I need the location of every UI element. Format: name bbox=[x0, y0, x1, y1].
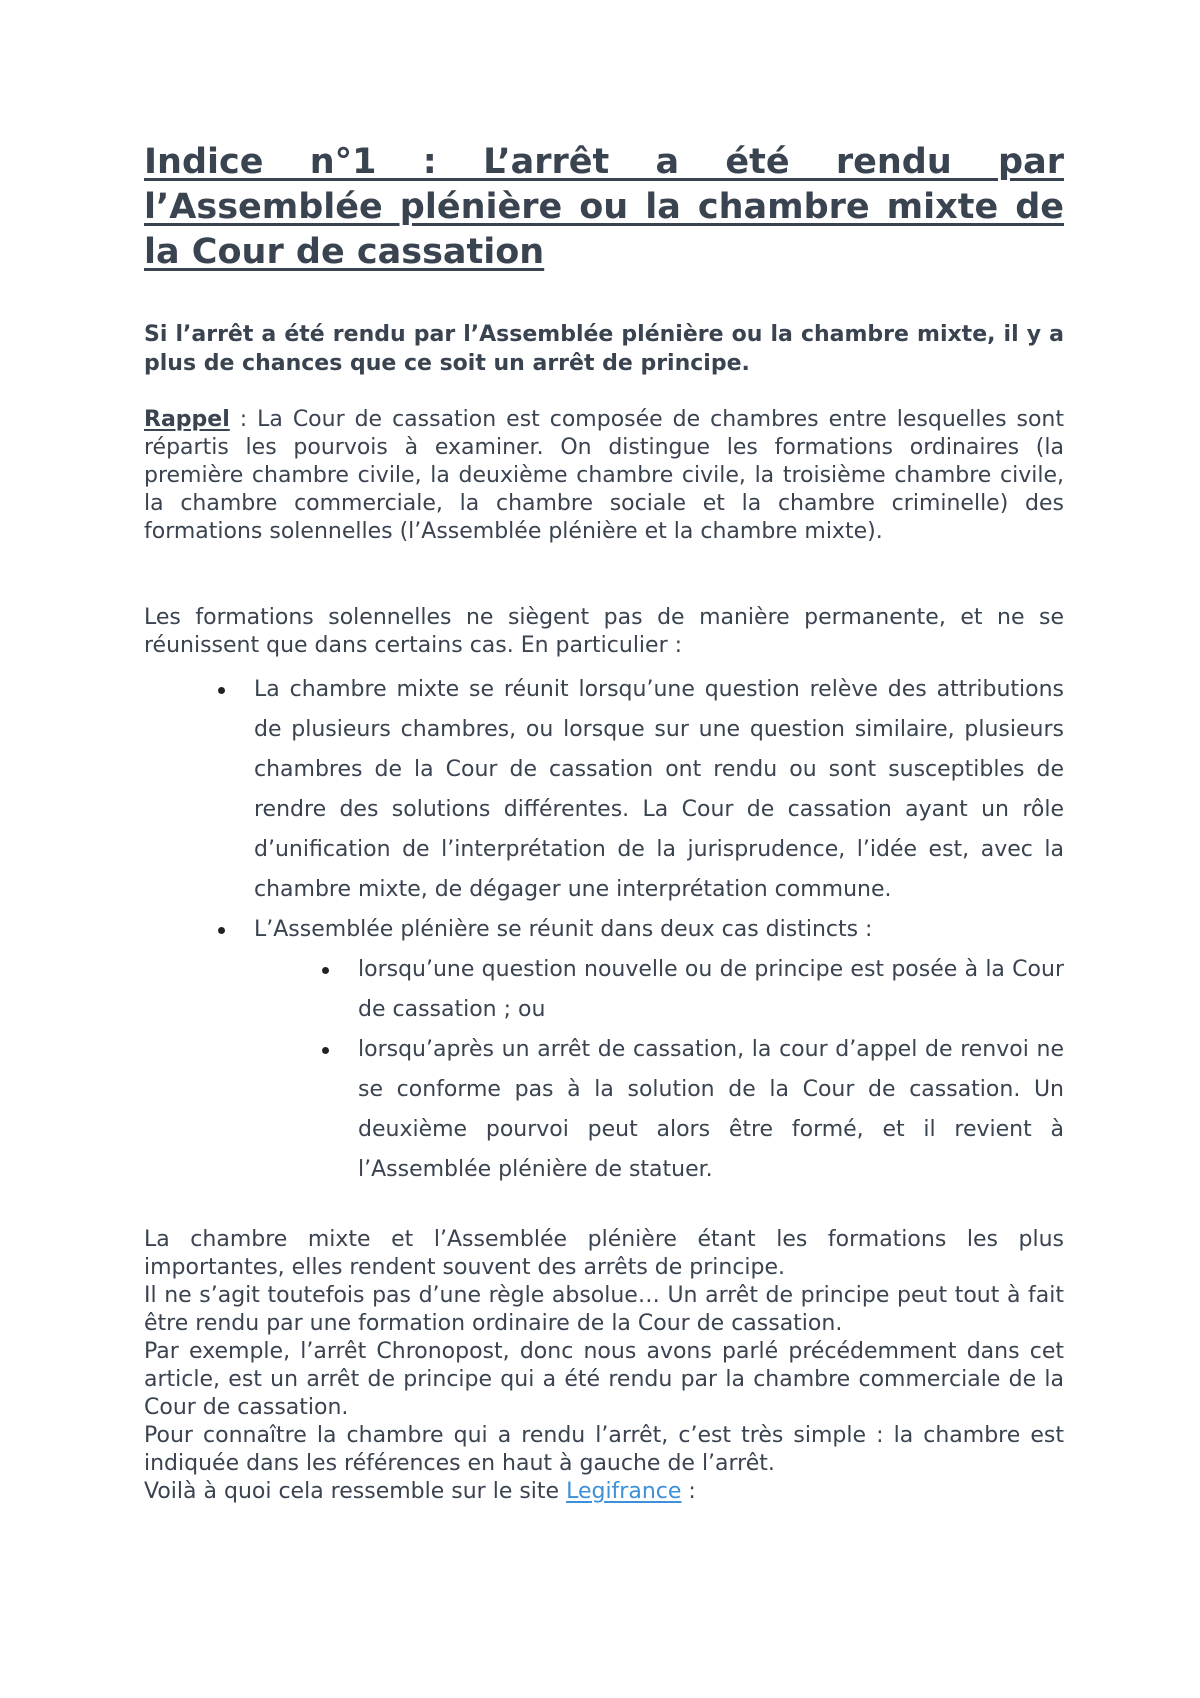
conclusion-paragraph-2: Il ne s’agit toutefois pas d’une règle a… bbox=[144, 1282, 1064, 1338]
lead-paragraph: Si l’arrêt a été rendu par l’Assemblée p… bbox=[144, 320, 1064, 378]
conclusion-paragraph-4: Pour connaître la chambre qui a rendu l’… bbox=[144, 1422, 1064, 1478]
bullet-icon bbox=[322, 967, 329, 974]
legifrance-trailing-text: : bbox=[681, 1479, 695, 1504]
sub-list-item: lorsqu’après un arrêt de cassation, la c… bbox=[248, 1030, 1064, 1190]
rappel-text: : La Cour de cassation est composée de c… bbox=[144, 407, 1064, 544]
sub-list-item-text: lorsqu’une question nouvelle ou de princ… bbox=[358, 957, 1064, 1022]
bullet-icon bbox=[322, 1047, 329, 1054]
bullet-icon bbox=[218, 927, 225, 934]
formations-intro-paragraph: Les formations solennelles ne siègent pa… bbox=[144, 604, 1064, 660]
list-item-text: La chambre mixte se réunit lorsqu’une qu… bbox=[254, 677, 1064, 902]
conclusion-paragraph-5: Voilà à quoi cela ressemble sur le site … bbox=[144, 1478, 1064, 1506]
page-title: Indice n°1 : L’arrêt a été rendu par l’A… bbox=[144, 140, 1064, 275]
bullet-icon bbox=[218, 687, 225, 694]
list-item: L’Assemblée plénière se réunit dans deux… bbox=[144, 910, 1064, 1190]
conclusion-section: La chambre mixte et l’Assemblée plénière… bbox=[144, 1226, 1064, 1506]
conclusion-paragraph-1: La chambre mixte et l’Assemblée plénière… bbox=[144, 1226, 1064, 1282]
conclusion-paragraph-3: Par exemple, l’arrêt Chronopost, donc no… bbox=[144, 1338, 1064, 1422]
sub-list: lorsqu’une question nouvelle ou de princ… bbox=[248, 950, 1064, 1190]
rappel-keyword: Rappel bbox=[144, 407, 230, 432]
formations-list: La chambre mixte se réunit lorsqu’une qu… bbox=[144, 670, 1064, 1190]
sub-list-item-text: lorsqu’après un arrêt de cassation, la c… bbox=[358, 1037, 1064, 1182]
legifrance-link[interactable]: Legifrance bbox=[566, 1479, 681, 1504]
legifrance-intro-text: Voilà à quoi cela ressemble sur le site bbox=[144, 1479, 566, 1504]
list-item: La chambre mixte se réunit lorsqu’une qu… bbox=[144, 670, 1064, 910]
rappel-paragraph: Rappel : La Cour de cassation est compos… bbox=[144, 406, 1064, 546]
list-item-text: L’Assemblée plénière se réunit dans deux… bbox=[254, 917, 872, 942]
sub-list-item: lorsqu’une question nouvelle ou de princ… bbox=[248, 950, 1064, 1030]
